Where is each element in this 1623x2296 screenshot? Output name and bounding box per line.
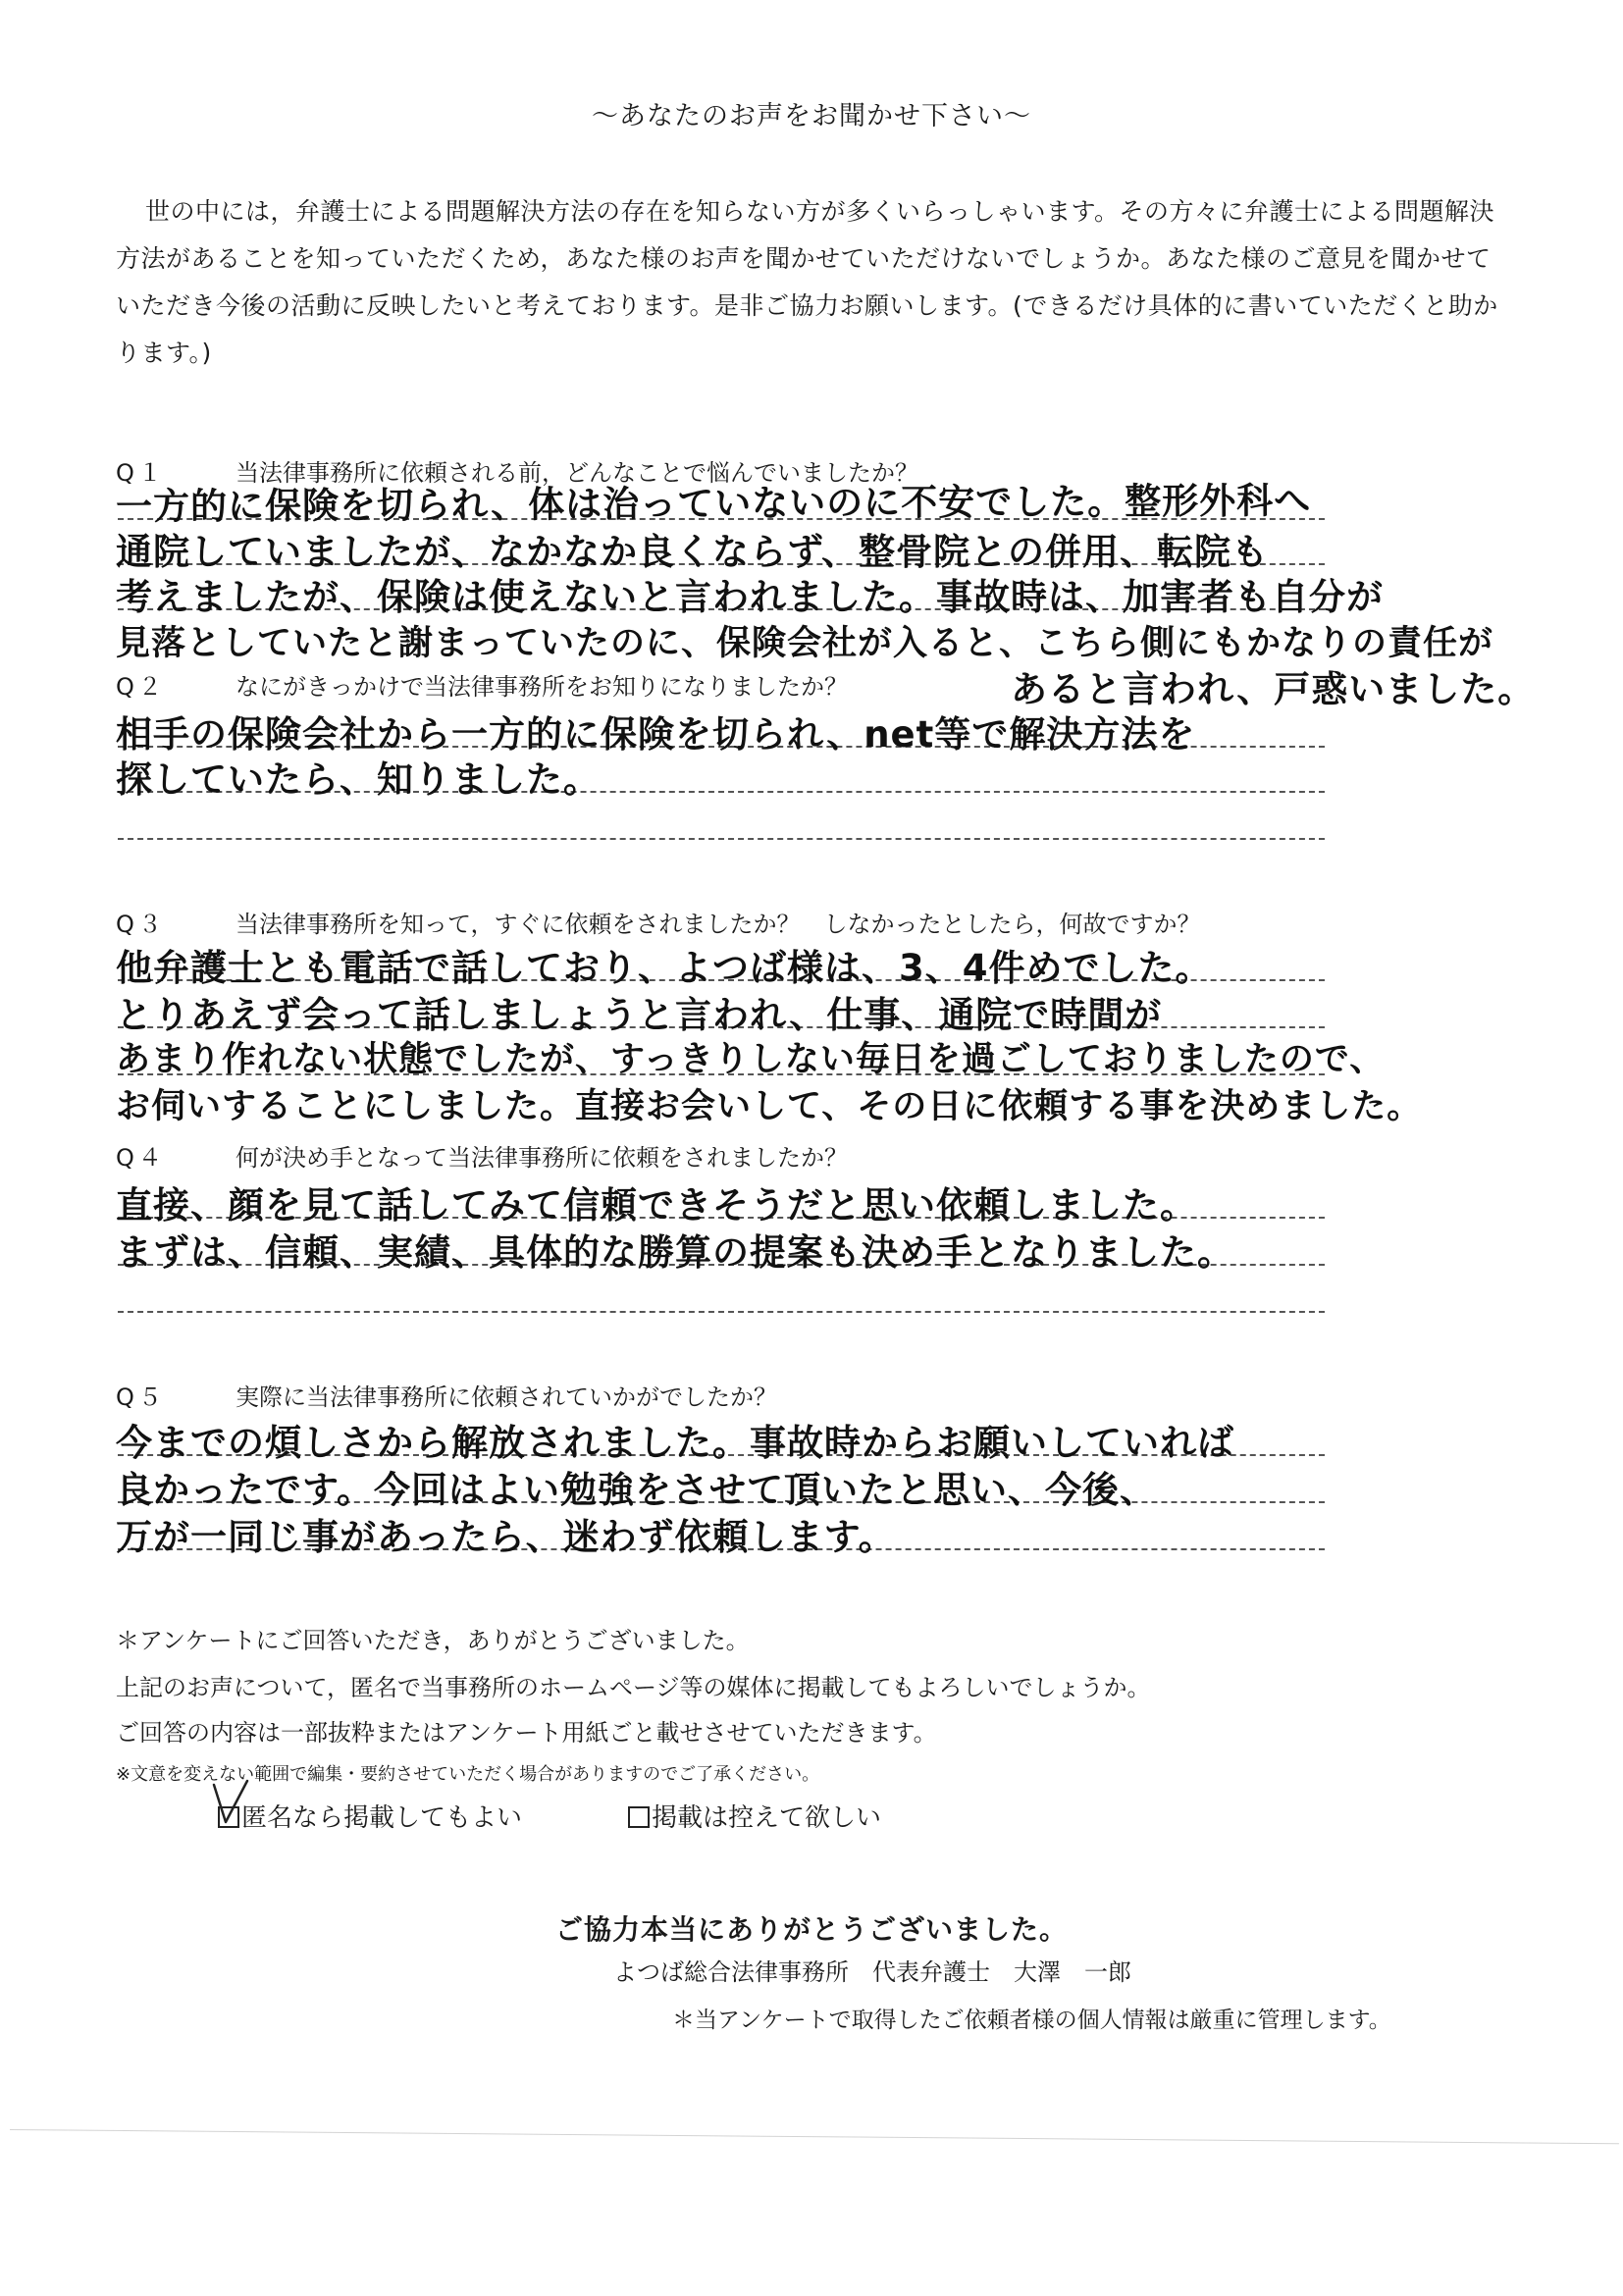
handwritten-answer-line: まずは、信頼、実績、具体的な勝算の提案も決め手となりました。 — [116, 1223, 1234, 1276]
scan-edge-line — [10, 2129, 1619, 2144]
question-text: 実際に当法律事務所に依頼されていかがでしたか？ — [236, 1383, 777, 1411]
intro-text: 世の中には，弁護士による問題解決方法の存在を知らない方が多くいらっしゃいます。そ… — [116, 197, 1498, 367]
handwritten-answer-line: 良かったです。今回はよい勉強をさせて頂いたと思い、今後、 — [116, 1460, 1157, 1513]
option-label: 匿名なら掲載してもよい — [241, 1803, 522, 1833]
question-text: 何が決め手となって当法律事務所に依頼をされましたか？ — [236, 1144, 848, 1172]
question-5: Q５実際に当法律事務所に依頼されていかがでしたか？ — [116, 1378, 777, 1412]
checkbox-unchecked[interactable] — [628, 1806, 650, 1828]
handwritten-answer-line: 直接、顔を見て話してみて信頼できそうだと思い依頼しました。 — [116, 1175, 1197, 1228]
handwritten-answer-line: 探していたら、知りました。 — [116, 750, 601, 803]
handwritten-answer-line: お伺いすることにしました。直接お会いして、その日に依頼する事を決めました。 — [116, 1079, 1422, 1128]
option-label: 掲載は控えて欲しい — [652, 1803, 881, 1833]
question-number: Q４ — [116, 1138, 236, 1173]
handwritten-answer-line: とりあえず会って話しましょうと言われ、仕事、通院で時間が — [116, 985, 1162, 1038]
handwritten-answer-line: 今までの煩しさから解放されました。事故時からお願いしていれば — [116, 1413, 1234, 1466]
firm-signature: よつば総合法律事務所 代表弁護士 大澤 一郎 — [613, 1953, 1131, 1987]
page-title: ～あなたのお声をお聞かせ下さい～ — [0, 94, 1623, 132]
checkmark-icon — [212, 1779, 251, 1826]
handwritten-answer-line: 他弁護士とも電話で話しており、よつば様は、3、4件めでした。 — [116, 938, 1213, 991]
checkbox-checked[interactable] — [218, 1806, 239, 1828]
content-note: ご回答の内容は一部抜粋またはアンケート用紙ごと載せさせていただきます。 — [116, 1713, 937, 1748]
final-thanks: ご協力本当にありがとうございました。 — [0, 1908, 1623, 1948]
handwritten-answer-line: 考えましたが、保険は使えないと言われました。事故時は、加害者も自分が — [116, 567, 1384, 620]
handwritten-answer-line: 万が一同じ事があったら、迷わず依頼します。 — [116, 1507, 896, 1560]
handwritten-answer-line: 一方的に保険を切られ、体は治っていないのに不安でした。整形外科へ — [116, 471, 1311, 530]
question-4: Q４何が決め手となって当法律事務所に依頼をされましたか？ — [116, 1138, 848, 1173]
question-number: Q５ — [116, 1378, 236, 1412]
permission-question: 上記のお声について，匿名で当事務所のホームページ等の媒体に掲載してもよろしいでし… — [116, 1668, 1151, 1702]
handwritten-answer-line: 見落としていたと謝まっていたのに、保険会社が入ると、こちら側にもかなりの責任が — [116, 616, 1493, 665]
intro-paragraph: 世の中には，弁護士による問題解決方法の存在を知らない方が多くいらっしゃいます。そ… — [116, 188, 1509, 377]
option-decline[interactable]: 掲載は控えて欲しい — [628, 1798, 881, 1834]
option-anonymous-ok[interactable]: 匿名なら掲載してもよい — [218, 1798, 522, 1834]
privacy-note: ＊当アンケートで取得したご依頼者様の個人情報は厳重に管理します。 — [672, 2002, 1391, 2034]
handwritten-answer-line: あまり作れない状態でしたが、すっきりしない毎日を過ごしておりましたので、 — [116, 1032, 1385, 1081]
thanks-line: ＊アンケートにご回答いただき，ありがとうございました。 — [116, 1621, 750, 1655]
question-2: Q２なにがきっかけで当法律事務所をお知りになりましたか？ — [116, 667, 848, 702]
question-number: Q２ — [116, 667, 236, 702]
question-text: なにがきっかけで当法律事務所をお知りになりましたか？ — [236, 673, 848, 701]
